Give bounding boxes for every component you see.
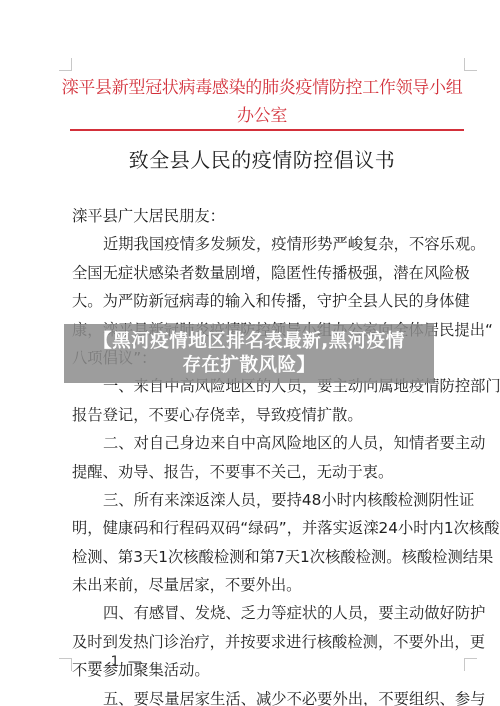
salutation: 滦平县广大居民朋友： <box>72 202 464 230</box>
body-line: 近期我国疫情多发频发，疫情形势严峻复杂，不容乐观。 <box>72 230 464 258</box>
body-line: 未出来前，尽量居家，不要外出。 <box>72 571 464 599</box>
body-line: 二、对自己身边来自中高风险地区的人员，知情者要主动 <box>72 429 464 457</box>
body-line: 提醒、劝导、报告，不要事不关己，无动于衷。 <box>72 458 464 486</box>
body-line: 全国无症状感染者数量剧增，隐匿性传播极强，潜在风险极 <box>72 259 464 287</box>
caption-line-2: 存在扩散风险】 <box>64 354 434 378</box>
body-line: 检测、第3天1次核酸检测和第7天1次核酸检测。核酸检测结果 <box>72 543 464 571</box>
header-line-1: 滦平县新型冠状病毒感染的肺炎疫情防控工作领导小组 <box>60 74 464 102</box>
crop-mark-bottom-right <box>464 658 477 671</box>
body-line: 三、所有来滦返滦人员，要持48小时内核酸检测阴性证 <box>72 486 464 514</box>
document-title: 致全县人民的疫情防控倡议书 <box>60 146 464 174</box>
header-line-2: 办公室 <box>60 102 464 130</box>
caption-line-1: 【黑河疫情地区排名表最新,黑河疫情 <box>64 330 434 354</box>
crop-mark-top-right <box>464 58 477 71</box>
body-line: 四、有感冒、发烧、乏力等症状的人员，要主动做好防护 <box>72 599 464 627</box>
caption-overlay-banner: 【黑河疫情地区排名表最新,黑河疫情 存在扩散风险】 <box>64 324 434 383</box>
body-line: 五、要尽量居家生活、减少不必要外出，不要组织、参与 <box>72 685 464 706</box>
page-number: — 1 — <box>88 654 144 670</box>
body-line: 明，健康码和行程码双码“绿码”，并落实返滦24小时内1次核酸 <box>72 514 464 542</box>
red-divider-line <box>70 129 464 131</box>
body-line: 及时到发热门诊治疗，并按要求进行核酸检测，不要外出，更 <box>72 628 464 656</box>
body-line: 报告登记，不要心存侥幸，导致疫情扩散。 <box>72 401 464 429</box>
document-page: 滦平县新型冠状病毒感染的肺炎疫情防控工作领导小组 办公室 致全县人民的疫情防控倡… <box>0 0 500 706</box>
issuing-office-header: 滦平县新型冠状病毒感染的肺炎疫情防控工作领导小组 办公室 <box>60 74 464 130</box>
body-line: 大。为严防新冠病毒的输入和传播，守护全县人民的身体健 <box>72 287 464 315</box>
document-body: 滦平县广大居民朋友： 近期我国疫情多发频发，疫情形势严峻复杂，不容乐观。 全国无… <box>72 202 464 706</box>
crop-mark-top-left <box>59 58 72 71</box>
crop-mark-bottom-left <box>59 658 72 671</box>
